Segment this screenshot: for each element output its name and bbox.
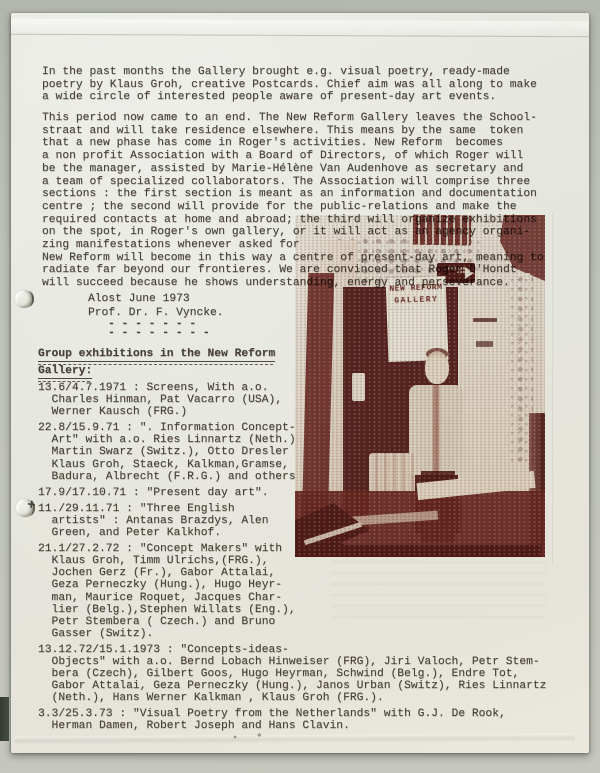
typed-line: straat and will take residence elsewhere… bbox=[42, 125, 544, 138]
photo-grain bbox=[295, 215, 545, 557]
punch-hole bbox=[15, 290, 33, 308]
ink-bleed-through bbox=[331, 561, 546, 627]
typed-line: a wide circle of interested people aware… bbox=[42, 91, 537, 104]
typed-line: Herman Damen, Robert Joseph and Hans Cla… bbox=[38, 720, 546, 732]
dash-row: - - - - - - - - bbox=[108, 329, 210, 338]
typed-line: a team of specialized collaborators. The… bbox=[42, 176, 544, 189]
typed-line: This period now came to an end. The New … bbox=[42, 112, 544, 125]
photographed-document: In the past months the Gallery brought e… bbox=[0, 0, 600, 773]
exhibition-entry: 13.12.72/15.1.1973 : "Concepts-ideas- Ob… bbox=[38, 644, 546, 704]
top-fold-crease bbox=[11, 19, 589, 38]
heading-text-2: Gallery: bbox=[38, 365, 92, 379]
storefront-photo: NEW REFORM NEW REFORM GALLERY ....... bbox=[295, 215, 545, 557]
heading-line: Gallery: bbox=[38, 360, 275, 377]
heading-text-1: Group exhibitions in the New Reform bbox=[38, 348, 275, 362]
typed-line: Gabor Attalai, Geza Perneczky (Hung.), J… bbox=[38, 680, 546, 692]
typed-line: Gasser (Switz). bbox=[38, 628, 546, 640]
paper-sheet: In the past months the Gallery brought e… bbox=[11, 13, 589, 753]
typed-line: 13.12.72/15.1.1973 : "Concepts-ideas- bbox=[38, 644, 546, 656]
typed-line: a non profit Association with a Board of… bbox=[42, 150, 544, 163]
typed-line: poetry by Klaus Groh, creative Postcards… bbox=[42, 79, 537, 92]
typed-line: 3.3/25.3.73 : "Visual Poetry from the Ne… bbox=[38, 708, 546, 720]
typed-line: sections : the first section is meant as… bbox=[42, 188, 544, 201]
typed-line: be the manager, assisted by Marie-Hélène… bbox=[42, 163, 544, 176]
typed-line: bera (Czech), Gilbert Goos, Hugo Heyrman… bbox=[38, 668, 546, 680]
dash-separator: - - - - - - -- - - - - - - - bbox=[108, 320, 210, 338]
signoff-place-date: Alost June 1973 bbox=[88, 293, 190, 306]
background-edge-object bbox=[0, 697, 9, 741]
pen-mark: + bbox=[26, 497, 37, 514]
bottom-crease bbox=[15, 734, 575, 745]
exhibition-entry: 3.3/25.3.73 : "Visual Poetry from the Ne… bbox=[38, 708, 546, 732]
typed-line: centre ; the second will provide for the… bbox=[42, 201, 544, 214]
heading-line: Group exhibitions in the New Reform bbox=[38, 343, 275, 360]
typed-line: that a new phase has come in Roger's act… bbox=[42, 137, 544, 150]
ink-specks bbox=[230, 731, 272, 741]
vertical-crease bbox=[552, 213, 555, 565]
intro-paragraph: In the past months the Gallery brought e… bbox=[42, 66, 537, 104]
section-heading: Group exhibitions in the New Reform Gall… bbox=[38, 343, 275, 377]
typed-line: In the past months the Gallery brought e… bbox=[42, 66, 537, 79]
typed-line: Objects" with a.o. Bernd Lobach Hinweise… bbox=[38, 656, 546, 668]
typed-line: (Neth.), Hans Werner Kalkman , Klaus Gro… bbox=[38, 692, 546, 704]
